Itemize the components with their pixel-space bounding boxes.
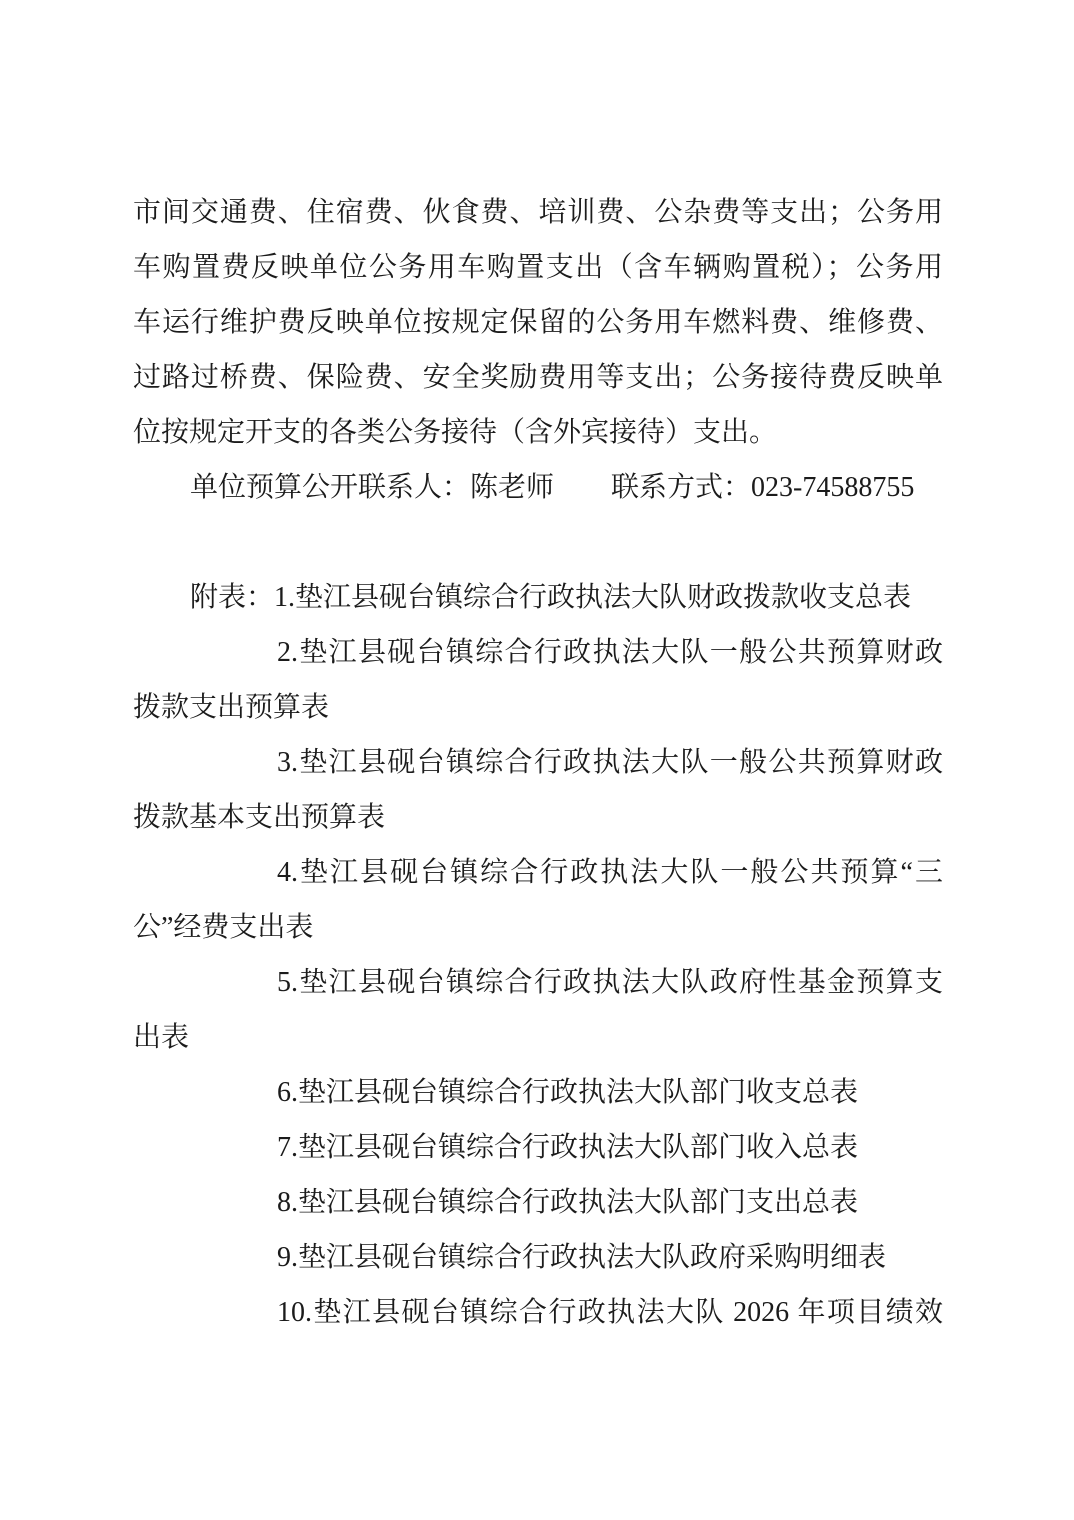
- contact-phone-number: 023-74588755: [751, 472, 914, 503]
- contact-person-name: 陈老师: [470, 472, 554, 503]
- attachment-item-8: 8.垫江县砚台镇综合行政执法大队部门支出总表: [133, 1175, 943, 1230]
- attachment-item-1: 1.垫江县砚台镇综合行政执法大队财政拨款收支总表: [274, 582, 911, 613]
- attachment-item-5-line-1: 5.垫江县砚台镇综合行政执法大队政府性基金预算支: [133, 955, 943, 1010]
- attachment-item-7: 7.垫江县砚台镇综合行政执法大队部门收入总表: [133, 1120, 943, 1175]
- paragraph-line: 过路过桥费、保险费、安全奖励费用等支出；公务接待费反映单: [133, 350, 943, 405]
- document-page: 市间交通费、住宿费、伙食费、培训费、公杂费等支出；公务用 车购置费反映单位公务用…: [0, 0, 1074, 1520]
- paragraph-line: 车购置费反映单位公务用车购置支出（含车辆购置税）；公务用: [133, 240, 943, 295]
- attachment-item-5-line-2: 出表: [133, 1010, 943, 1065]
- attachment-list-label: 附表：: [190, 582, 274, 613]
- attachment-item-6: 6.垫江县砚台镇综合行政执法大队部门收支总表: [133, 1065, 943, 1120]
- attachment-item-9: 9.垫江县砚台镇综合行政执法大队政府采购明细表: [133, 1230, 943, 1285]
- paragraph-line: 市间交通费、住宿费、伙食费、培训费、公杂费等支出；公务用: [133, 185, 943, 240]
- attachment-item-10-line-1: 10.垫江县砚台镇综合行政执法大队 2026 年项目绩效: [133, 1285, 943, 1340]
- document-body: 市间交通费、住宿费、伙食费、培训费、公杂费等支出；公务用 车购置费反映单位公务用…: [133, 185, 943, 1340]
- attachment-item-2-line-1: 2.垫江县砚台镇综合行政执法大队一般公共预算财政: [133, 625, 943, 680]
- paragraph-line: 车运行维护费反映单位按规定保留的公务用车燃料费、维修费、: [133, 295, 943, 350]
- contact-method-label: 联系方式：: [611, 472, 751, 503]
- attachment-item-4-line-2: 公”经费支出表: [133, 900, 943, 955]
- attachment-item-3-line-2: 拨款基本支出预算表: [133, 790, 943, 845]
- attachment-item-4-line-1: 4.垫江县砚台镇综合行政执法大队一般公共预算“三: [133, 845, 943, 900]
- attachment-item-3-line-1: 3.垫江县砚台镇综合行政执法大队一般公共预算财政: [133, 735, 943, 790]
- contact-gap: [554, 495, 611, 496]
- attachment-item-2-line-2: 拨款支出预算表: [133, 680, 943, 735]
- contact-person-label: 单位预算公开联系人：: [190, 472, 470, 503]
- contact-line: 单位预算公开联系人：陈老师联系方式：023-74588755: [133, 460, 943, 515]
- paragraph-line: 位按规定开支的各类公务接待（含外宾接待）支出。: [133, 405, 943, 460]
- attachment-list-header: 附表：1.垫江县砚台镇综合行政执法大队财政拨款收支总表: [133, 570, 943, 625]
